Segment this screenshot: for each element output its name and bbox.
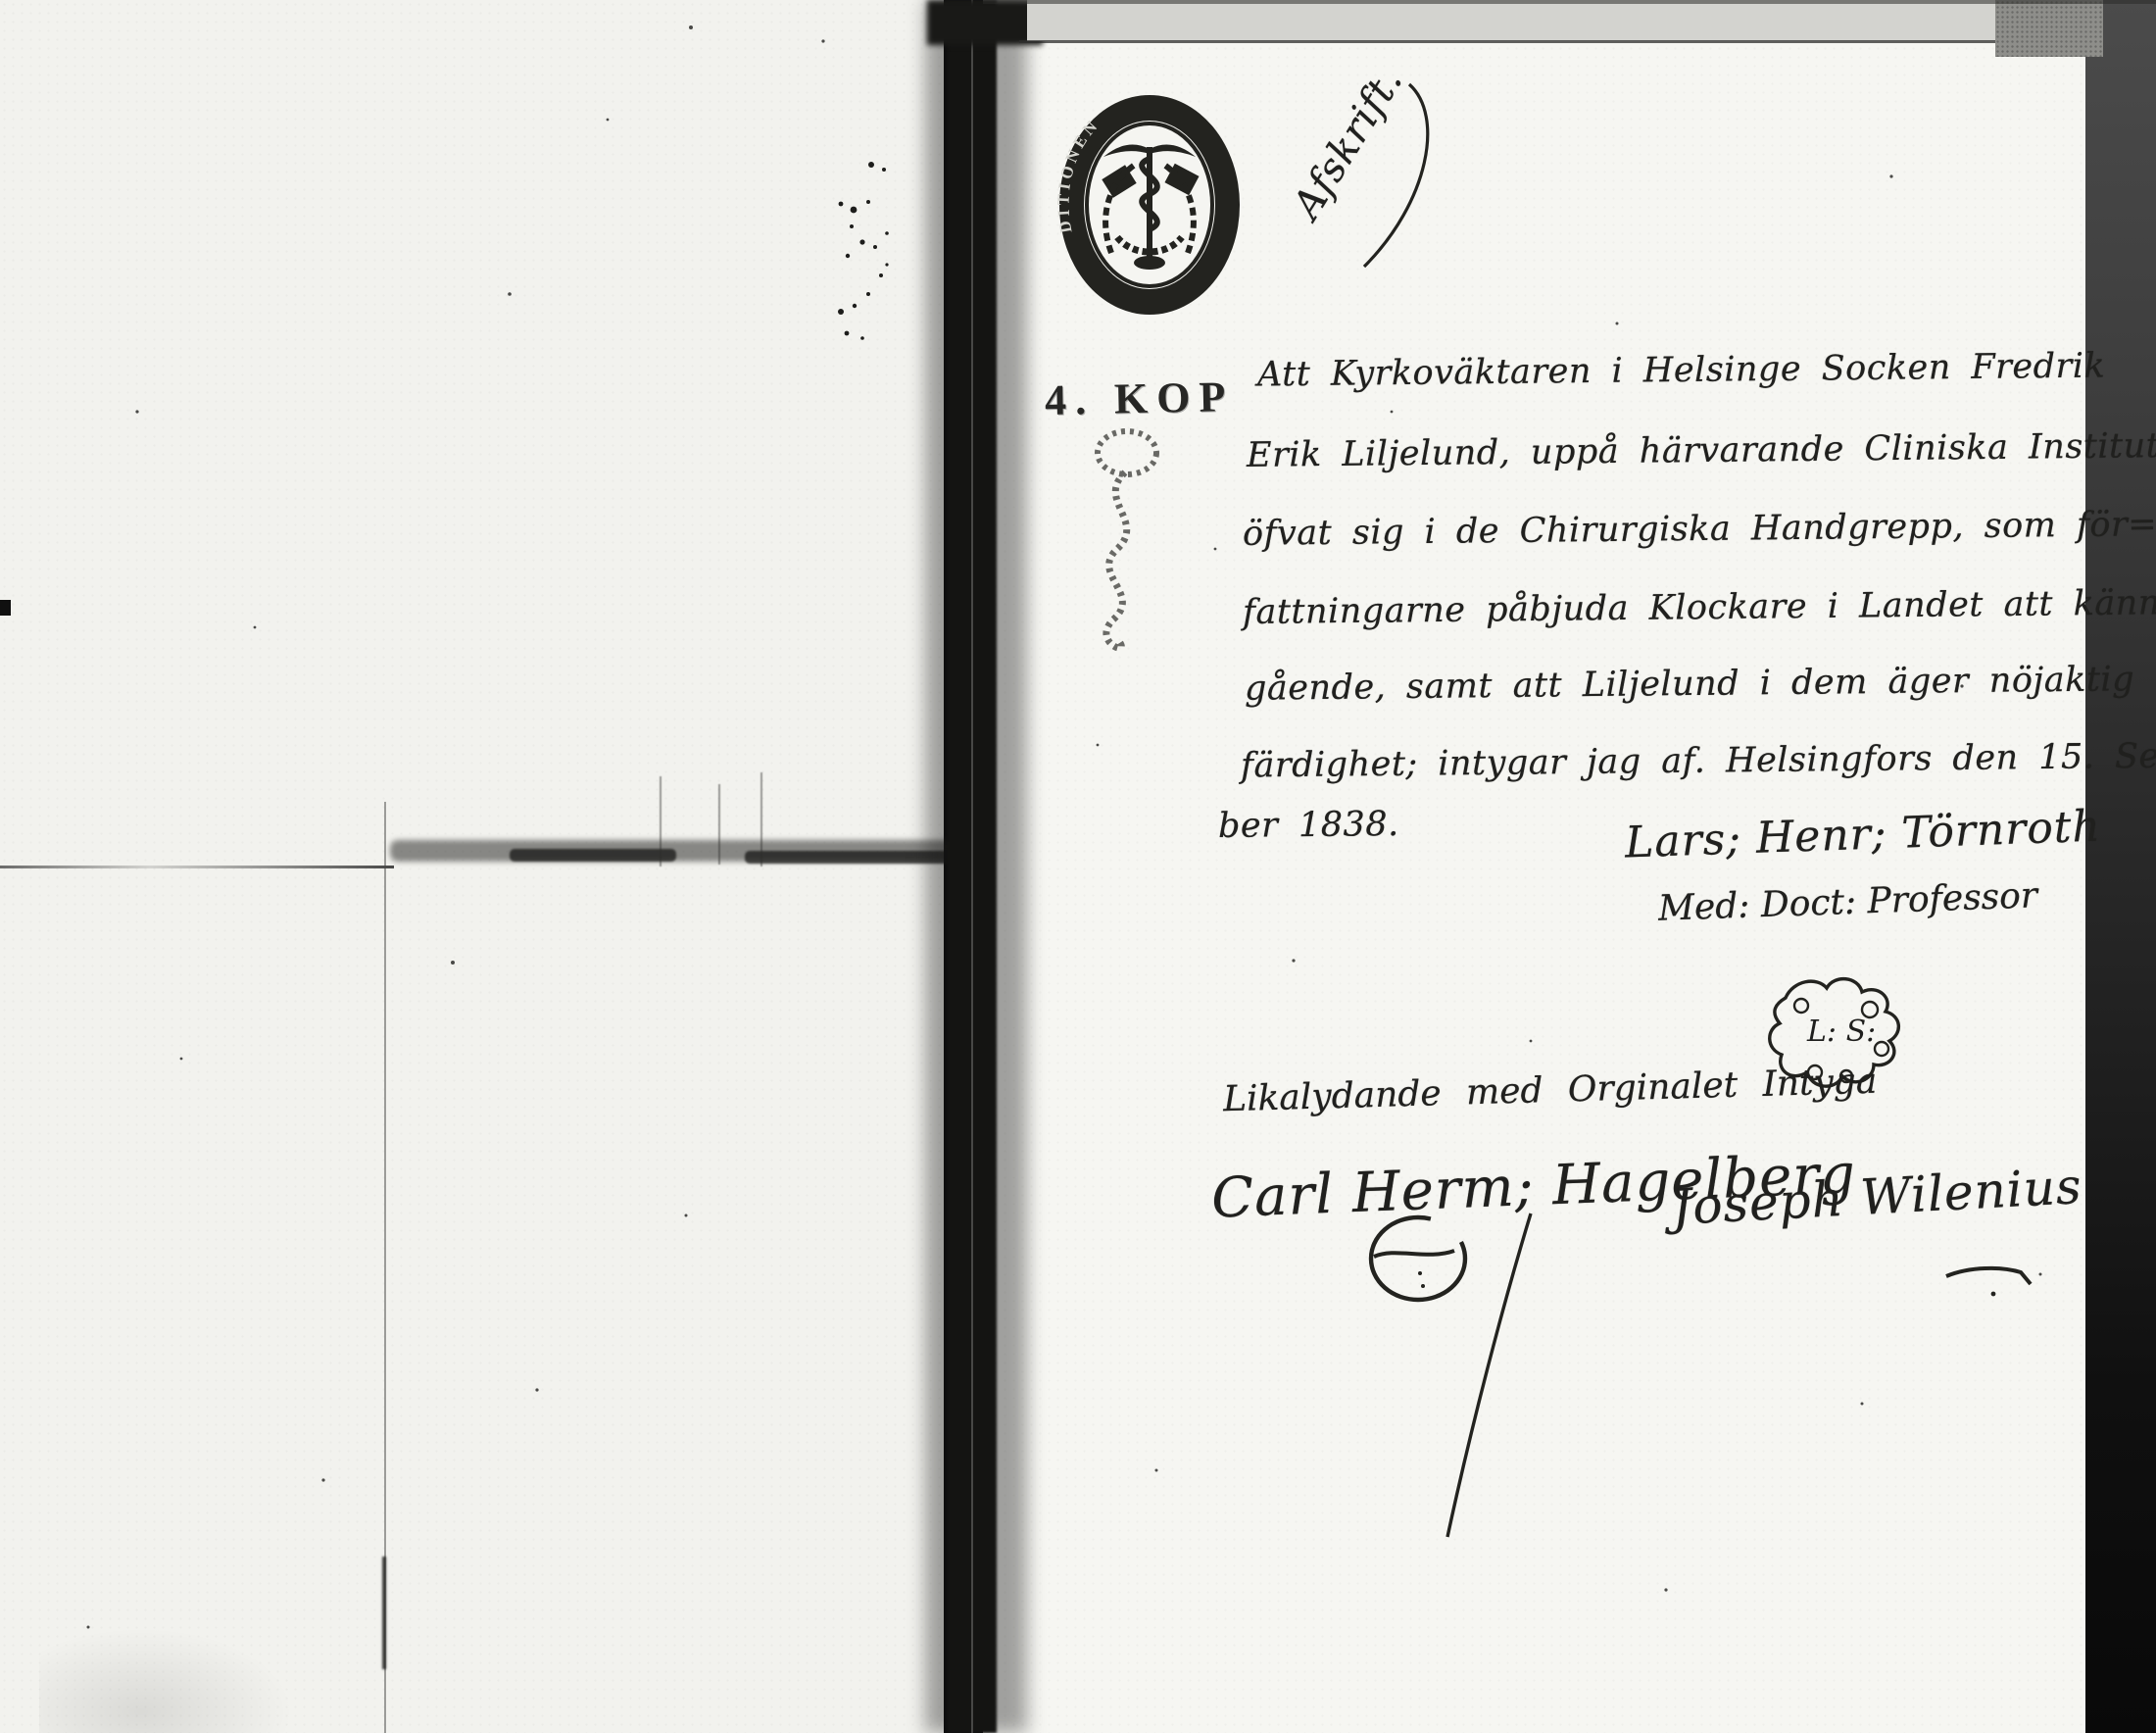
body-line-7: ber 1838. (1218, 805, 1399, 846)
horizontal-fold-crease (0, 866, 394, 868)
ink-offset-hairline (718, 784, 720, 865)
ink-offset-hairline (660, 776, 661, 866)
ink-offset-hairline (760, 772, 762, 866)
scanner-background (2085, 0, 2156, 1733)
seal-initials: L: S: (1806, 1015, 1876, 1049)
vertical-crease-ink-smear (382, 1557, 386, 1669)
binding-gutter-highlight (971, 0, 973, 1733)
binding-gutter-top (927, 0, 1043, 45)
page-top-edge-line (1019, 40, 2103, 43)
page-top-edge-strip (1027, 0, 2103, 41)
archival-scan: DITIONEN Afskrift. 4. KOP Att Kyrkoväkta… (0, 0, 2156, 1733)
page-top-corner-shade (1995, 0, 2103, 57)
kopek-duty-stamp: 4. KOP (1044, 371, 1234, 425)
fold-smudge-blotch (510, 849, 676, 862)
official-oval-seal: DITIONEN (1054, 90, 1247, 325)
paper-shading (39, 1627, 294, 1733)
scan-top-hairline (983, 0, 2156, 4)
scan-edge-mark (0, 600, 11, 616)
